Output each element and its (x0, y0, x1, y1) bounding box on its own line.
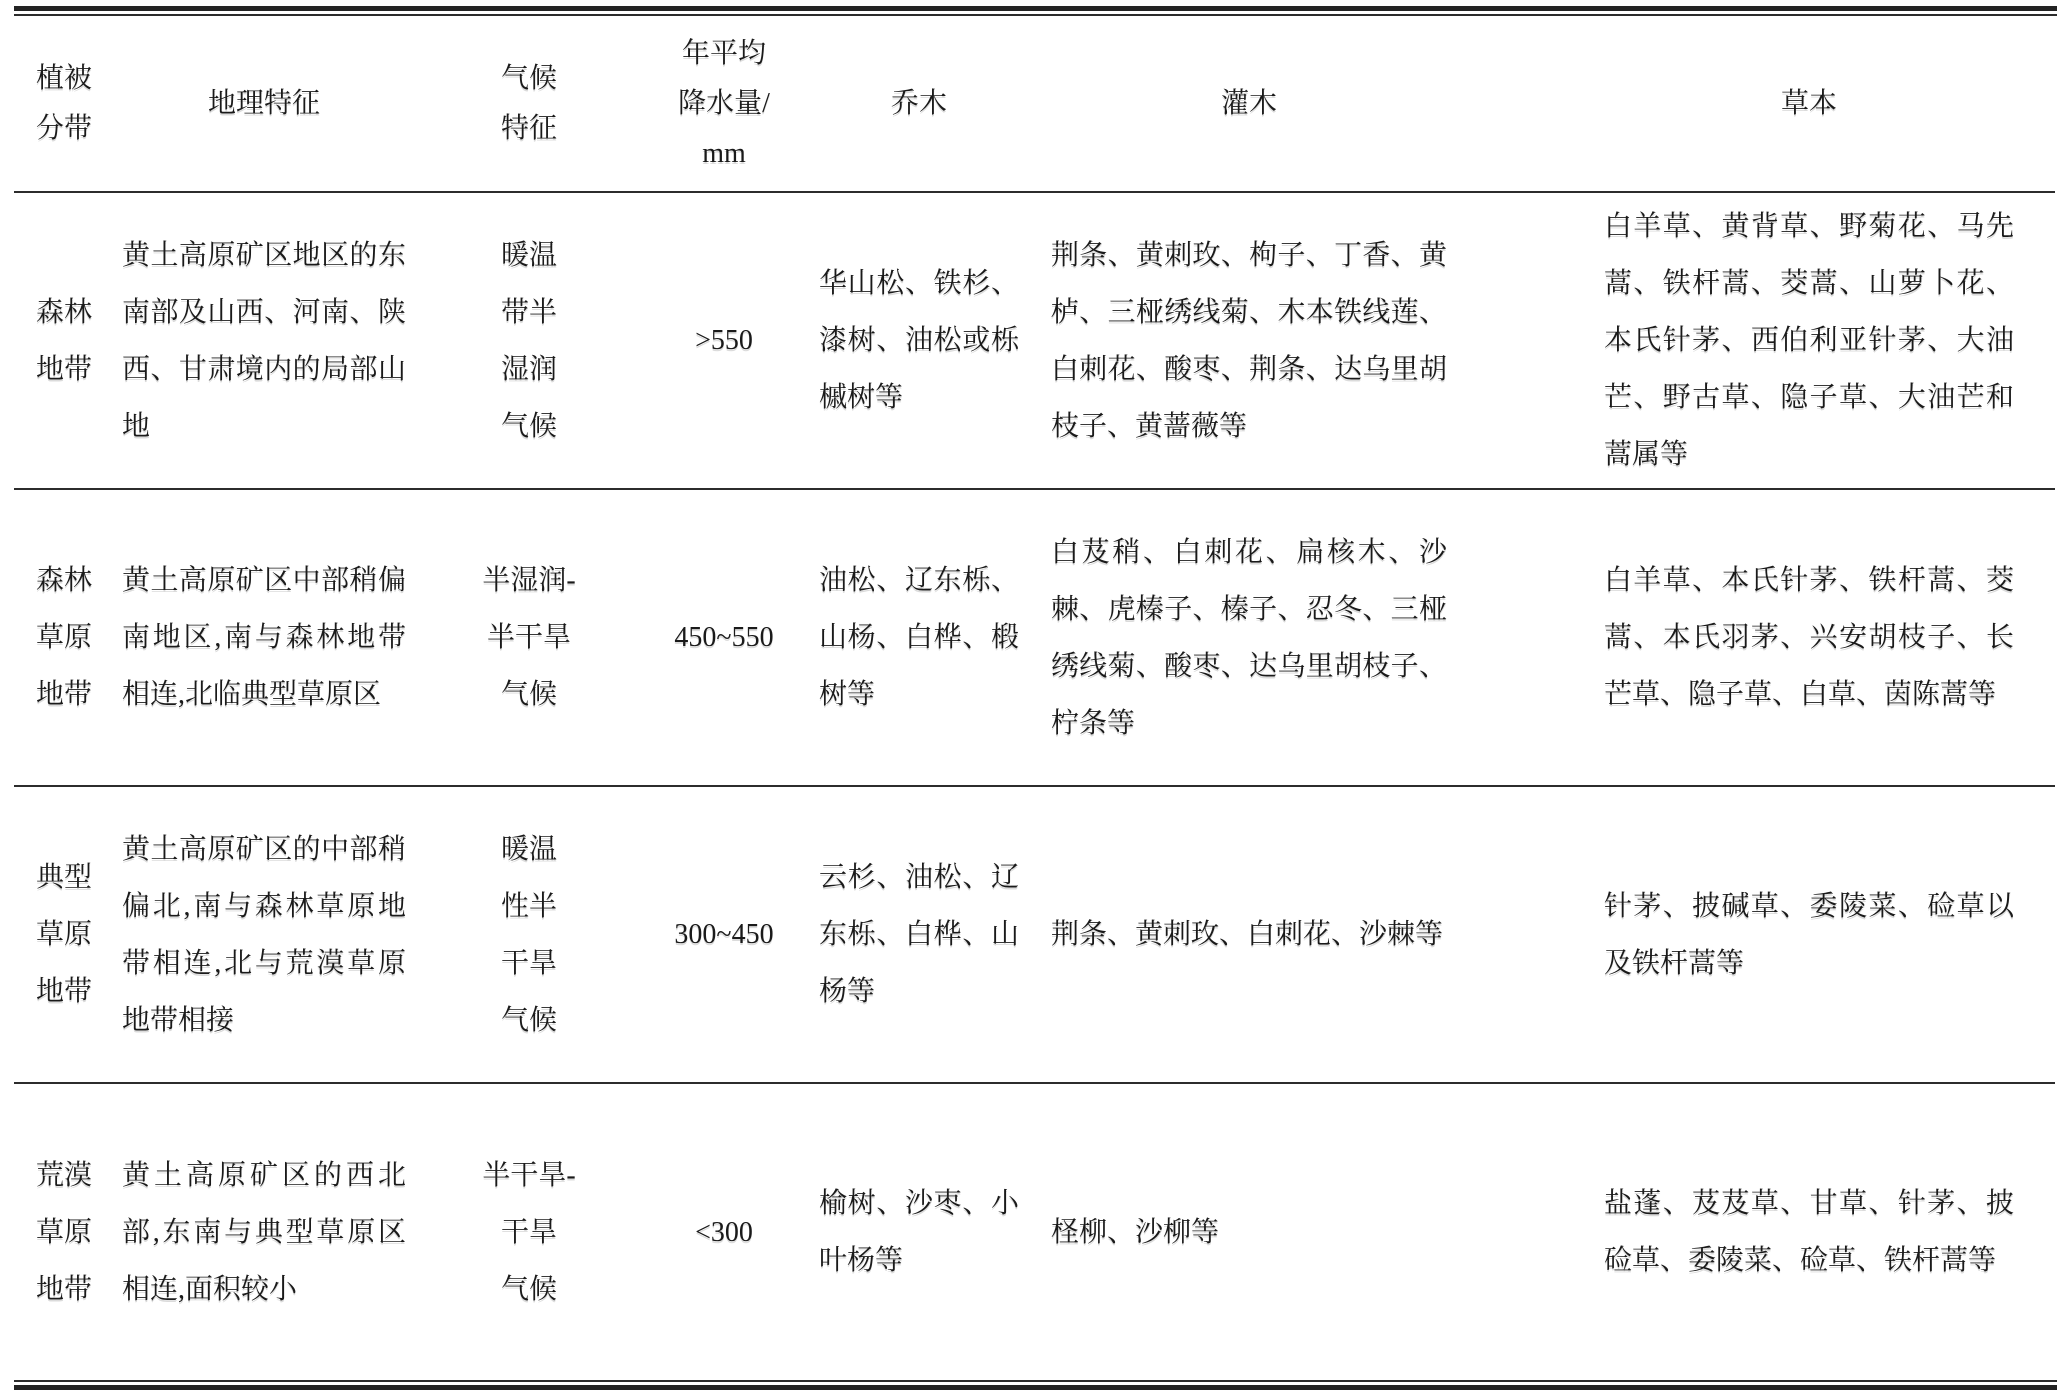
cell-herbs: 白羊草、黄背草、野菊花、马先蒿、铁杆蒿、茭蒿、山萝卜花、本氏针茅、西伯利亚针茅、… (1464, 192, 2055, 489)
col-header-trees: 乔木 (804, 16, 1034, 192)
cell-zone: 森林 地带 (14, 192, 114, 489)
table-row-desert-steppe-zone: 荒漠 草原 地带 黄土高原矿区的西北部,东南与典型草原区相连,面积较小 半干旱-… (14, 1083, 2055, 1380)
vegetation-zones-table-wrap: 植被 分带 地理特征 气候 特征 年平均 降水量/ mm 乔木 灌木 草本 森林… (14, 6, 2057, 1390)
cell-zone: 典型 草原 地带 (14, 786, 114, 1083)
cell-zone: 荒漠 草原 地带 (14, 1083, 114, 1380)
table-header-row: 植被 分带 地理特征 气候 特征 年平均 降水量/ mm 乔木 灌木 草本 (14, 16, 2055, 192)
cell-climate: 半湿润- 半干旱 气候 (414, 489, 644, 786)
cell-climate: 半干旱- 干旱 气候 (414, 1083, 644, 1380)
cell-trees: 油松、辽东栎、山杨、白桦、椴树等 (804, 489, 1034, 786)
cell-trees: 华山松、铁杉、漆树、油松或栎槭树等 (804, 192, 1034, 489)
vegetation-zones-table: 植被 分带 地理特征 气候 特征 年平均 降水量/ mm 乔木 灌木 草本 森林… (14, 16, 2055, 1380)
table-row-forest-steppe-zone: 森林 草原 地带 黄土高原矿区中部稍偏南地区,南与森林地带相连,北临典型草原区 … (14, 489, 2055, 786)
cell-shrubs: 白芨稍、白刺花、扁核木、沙棘、虎榛子、榛子、忍冬、三桠绣线菊、酸枣、达乌里胡枝子… (1034, 489, 1464, 786)
bottom-rule-thick (14, 1385, 2057, 1390)
cell-geographic-features: 黄土高原矿区地区的东南部及山西、河南、陕西、甘肃境内的局部山地 (114, 192, 414, 489)
cell-herbs: 白羊草、本氏针茅、铁杆蒿、茭蒿、本氏羽茅、兴安胡枝子、长芒草、隐子草、白草、茵陈… (1464, 489, 2055, 786)
cell-precipitation: 450~550 (644, 489, 804, 786)
cell-trees: 榆树、沙枣、小叶杨等 (804, 1083, 1034, 1380)
cell-climate: 暖温 性半 干旱 气候 (414, 786, 644, 1083)
cell-geographic-features: 黄土高原矿区的西北部,东南与典型草原区相连,面积较小 (114, 1083, 414, 1380)
col-header-vegetation-zone: 植被 分带 (14, 16, 114, 192)
cell-shrubs: 荆条、黄刺玫、白刺花、沙棘等 (1034, 786, 1464, 1083)
cell-shrubs: 荆条、黄刺玫、枸子、丁香、黄栌、三桠绣线菊、木本铁线莲、白刺花、酸枣、荆条、达乌… (1034, 192, 1464, 489)
cell-climate: 暖温 带半 湿润 气候 (414, 192, 644, 489)
table-row-forest-zone: 森林 地带 黄土高原矿区地区的东南部及山西、河南、陕西、甘肃境内的局部山地 暖温… (14, 192, 2055, 489)
page: 植被 分带 地理特征 气候 特征 年平均 降水量/ mm 乔木 灌木 草本 森林… (0, 0, 2067, 1392)
cell-shrubs: 柽柳、沙柳等 (1034, 1083, 1464, 1380)
col-header-shrubs: 灌木 (1034, 16, 1464, 192)
cell-precipitation: >550 (644, 192, 804, 489)
col-header-annual-precipitation: 年平均 降水量/ mm (644, 16, 804, 192)
cell-herbs: 针茅、披碱草、委陵菜、硷草以及铁杆蒿等 (1464, 786, 2055, 1083)
col-header-geographic-features: 地理特征 (114, 16, 414, 192)
cell-precipitation: 300~450 (644, 786, 804, 1083)
cell-trees: 云杉、油松、辽东栎、白桦、山杨等 (804, 786, 1034, 1083)
col-header-climate-features: 气候 特征 (414, 16, 644, 192)
table-row-typical-steppe-zone: 典型 草原 地带 黄土高原矿区的中部稍偏北,南与森林草原地带相连,北与荒漠草原地… (14, 786, 2055, 1083)
cell-precipitation: <300 (644, 1083, 804, 1380)
cell-geographic-features: 黄土高原矿区中部稍偏南地区,南与森林地带相连,北临典型草原区 (114, 489, 414, 786)
cell-herbs: 盐蓬、芨芨草、甘草、针茅、披硷草、委陵菜、硷草、铁杆蒿等 (1464, 1083, 2055, 1380)
cell-geographic-features: 黄土高原矿区的中部稍偏北,南与森林草原地带相连,北与荒漠草原地带相接 (114, 786, 414, 1083)
cell-zone: 森林 草原 地带 (14, 489, 114, 786)
col-header-herbs: 草本 (1464, 16, 2055, 192)
